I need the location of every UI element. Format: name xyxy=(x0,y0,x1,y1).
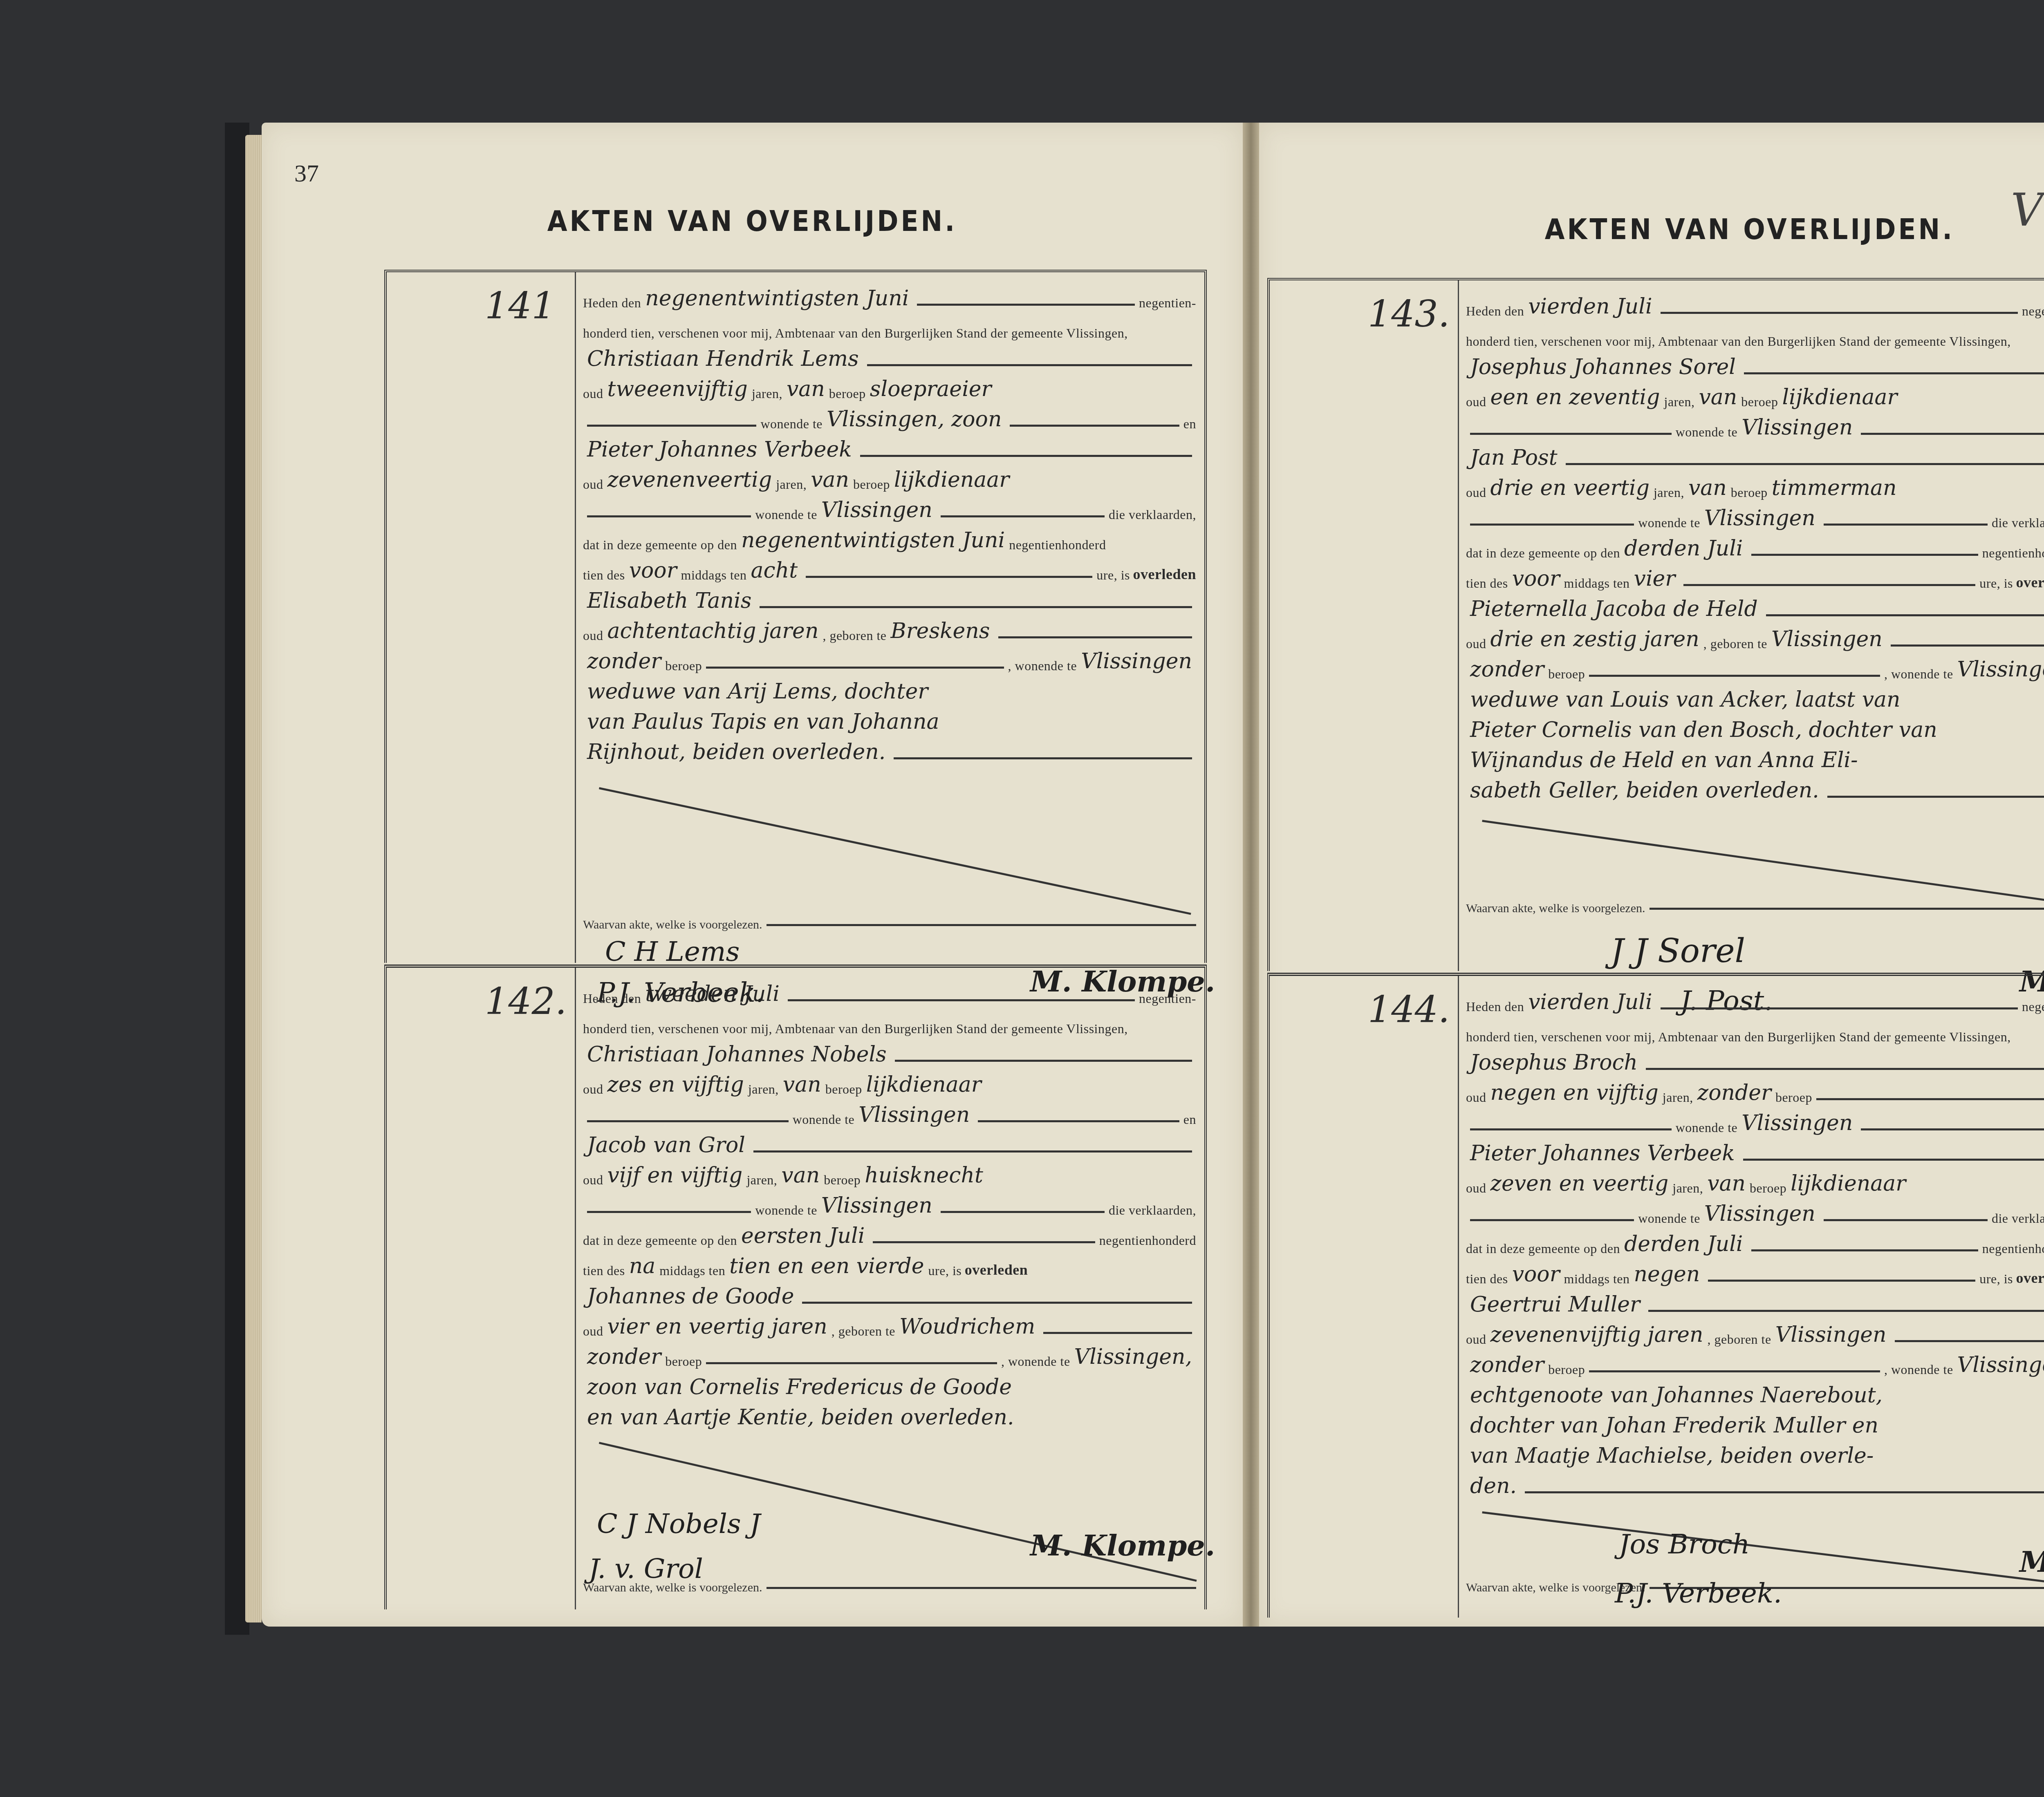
line-declarant1-name: Christiaan Hendrik Lems xyxy=(583,341,1196,371)
line-date: Heden dennegenentwintigsten Juninegentie… xyxy=(583,280,1196,311)
date-of-death: derden Juli xyxy=(1620,1232,1747,1256)
declarant-2-name: Pieter Johannes Verbeek xyxy=(1466,1141,1739,1166)
act-number-column: 141 xyxy=(387,272,576,963)
act-body: Heden denvierden Julinegentien- honderd … xyxy=(1466,289,2044,803)
line-death-time: tien desvoormiddags tenachture, is overl… xyxy=(583,553,1196,583)
closing-formula: Waarvan akte, welke is voorgelezen. xyxy=(1466,902,2044,915)
signature-declarant-2: P.J. Verbeek. xyxy=(1615,1578,1782,1609)
right-page: AKTEN VAN OVERLIJDEN. Vk- 143. Heden den… xyxy=(1259,123,2044,1627)
cancel-stroke xyxy=(1482,1511,2044,1587)
act-body: Heden dennegenentwintigsten Juninegentie… xyxy=(583,280,1196,764)
line-declarant1-residence: wonende teVlissingen, zoonen xyxy=(583,401,1196,432)
declarant-2-name: Jan Post xyxy=(1466,445,1562,470)
remark-line: den. xyxy=(1466,1468,2044,1498)
page-title: AKTEN VAN OVERLIJDEN. xyxy=(1259,213,2044,246)
declarant-1-name: Josephus Johannes Sorel xyxy=(1466,355,1740,379)
date-registered: negenentwintigsten Juni xyxy=(641,286,913,311)
signature-declarant-1: C H Lems xyxy=(605,936,740,967)
signature-declarant-1: Jos Broch xyxy=(1619,1528,1750,1560)
remark-line: echtgenoote van Johannes Naerebout, xyxy=(1466,1377,2044,1408)
date-of-death: eersten Juli xyxy=(737,1224,869,1248)
handwritten-annotation: Vk- xyxy=(2011,184,2044,236)
death-record-144: 144. Heden denvierden Julinegentien- hon… xyxy=(1267,973,2044,1618)
declarant-1-occupation: sloepraeier xyxy=(866,377,996,401)
death-record-142: 142. Heden dentweeden Julinegentien- hon… xyxy=(384,965,1207,1609)
line-declarant2-name: Pieter Johannes Verbeek xyxy=(583,432,1196,462)
date-registered: vierden Juli xyxy=(1524,294,1656,319)
death-record-143: 143. Heden denvierden Julinegentien- hon… xyxy=(1267,278,2044,971)
line-declarant2-residence: wonende teVlissingendie verklaarden, xyxy=(583,492,1196,522)
act-number: 143. xyxy=(1368,293,1450,336)
page-edges-left xyxy=(245,135,262,1622)
remark-line: van Maatje Machielse, beiden overle- xyxy=(1466,1438,2044,1468)
date-of-death: derden Juli xyxy=(1620,536,1747,561)
signature-declarant-2: J. v. Grol xyxy=(589,1553,703,1584)
deceased-name: Geertrui Muller xyxy=(1466,1292,1644,1317)
act-body: Heden dentweeden Julinegentien- honderd … xyxy=(583,976,1196,1430)
line-declarant2-age: oudzevenenveertigjaren,vanberoeplijkdien… xyxy=(583,462,1196,492)
deceased-name: Johannes de Goode xyxy=(583,1284,798,1309)
act-number-column: 143. xyxy=(1270,280,1459,971)
signature-declarant-1: C J Nobels J xyxy=(597,1508,760,1540)
line-honderd: honderd tien, verschenen voor mij, Ambte… xyxy=(583,311,1196,341)
line-deceased-age: oudachtentachtig jaren, geboren teBreske… xyxy=(583,613,1196,643)
page-number: 37 xyxy=(294,159,319,188)
declarant-2-name: Pieter Johannes Verbeek xyxy=(583,437,856,462)
line-deceased-occupation: zonderberoep, wonende teVlissingen xyxy=(583,643,1196,674)
cancel-stroke xyxy=(1482,820,2044,906)
signature-official: M. Klompe. xyxy=(1030,1528,1215,1562)
remark-line: Wijnandus de Held en van Anna Eli- xyxy=(1466,742,2044,772)
act-number: 144. xyxy=(1368,988,1450,1031)
book-gutter xyxy=(1243,123,1259,1627)
declarant-1-name: Christiaan Hendrik Lems xyxy=(583,347,863,371)
declarant-1-name: Josephus Broch xyxy=(1466,1050,1642,1075)
line-death-date: dat in deze gemeente op dennegenentwinti… xyxy=(583,522,1196,553)
signature-official: M. Klompe. xyxy=(2019,1545,2044,1579)
remark-line: en van Aartje Kentie, beiden overleden. xyxy=(583,1399,1196,1430)
remark-line: van Paulus Tapis en van Johanna xyxy=(583,704,1196,734)
remark-line: weduwe van Arij Lems, dochter xyxy=(583,674,1196,704)
cancel-stroke xyxy=(599,787,1191,915)
open-register-book: 37 AKTEN VAN OVERLIJDEN. 141 Heden denne… xyxy=(262,123,2044,1627)
date-registered: tweeden Juli xyxy=(641,982,784,1006)
line-declarant1-age: oudtweeenvijftigjaren,vanberoepsloepraei… xyxy=(583,371,1196,401)
remark-line: dochter van Johan Frederik Muller en xyxy=(1466,1408,2044,1438)
page-title: AKTEN VAN OVERLIJDEN. xyxy=(262,204,1243,238)
act-number: 142. xyxy=(485,980,567,1023)
remark-line: weduwe van Louis van Acker, laatst van xyxy=(1466,682,2044,712)
act-number-column: 144. xyxy=(1270,976,1459,1618)
line-deceased-name: Elisabeth Tanis xyxy=(583,583,1196,613)
closing-formula: Waarvan akte, welke is voorgelezen. xyxy=(583,918,1196,932)
left-page: 37 AKTEN VAN OVERLIJDEN. 141 Heden denne… xyxy=(262,123,1243,1627)
date-registered: vierden Juli xyxy=(1524,990,1656,1014)
declarant-1-name: Christiaan Johannes Nobels xyxy=(583,1042,891,1067)
remark-line: sabeth Geller, beiden overleden. xyxy=(1466,772,2044,803)
remark-line: Pieter Cornelis van den Bosch, dochter v… xyxy=(1466,712,2044,742)
signature-declarant-1: J J Sorel xyxy=(1611,932,1745,970)
remark-line: zoon van Cornelis Fredericus de Goode xyxy=(583,1369,1196,1399)
deceased-name: Elisabeth Tanis xyxy=(583,589,755,613)
death-record-141: 141 Heden dennegenentwintigsten Juninege… xyxy=(384,270,1207,963)
deceased-name: Pieternella Jacoba de Held xyxy=(1466,597,1762,621)
act-body: Heden denvierden Julinegentien- honderd … xyxy=(1466,984,2044,1498)
act-number: 141 xyxy=(485,284,555,327)
remark-line: Rijnhout, beiden overleden. xyxy=(583,734,1196,764)
date-of-death: negenentwintigsten Juni xyxy=(737,528,1009,553)
declarant-2-name: Jacob van Grol xyxy=(583,1133,749,1157)
act-number-column: 142. xyxy=(387,968,576,1609)
